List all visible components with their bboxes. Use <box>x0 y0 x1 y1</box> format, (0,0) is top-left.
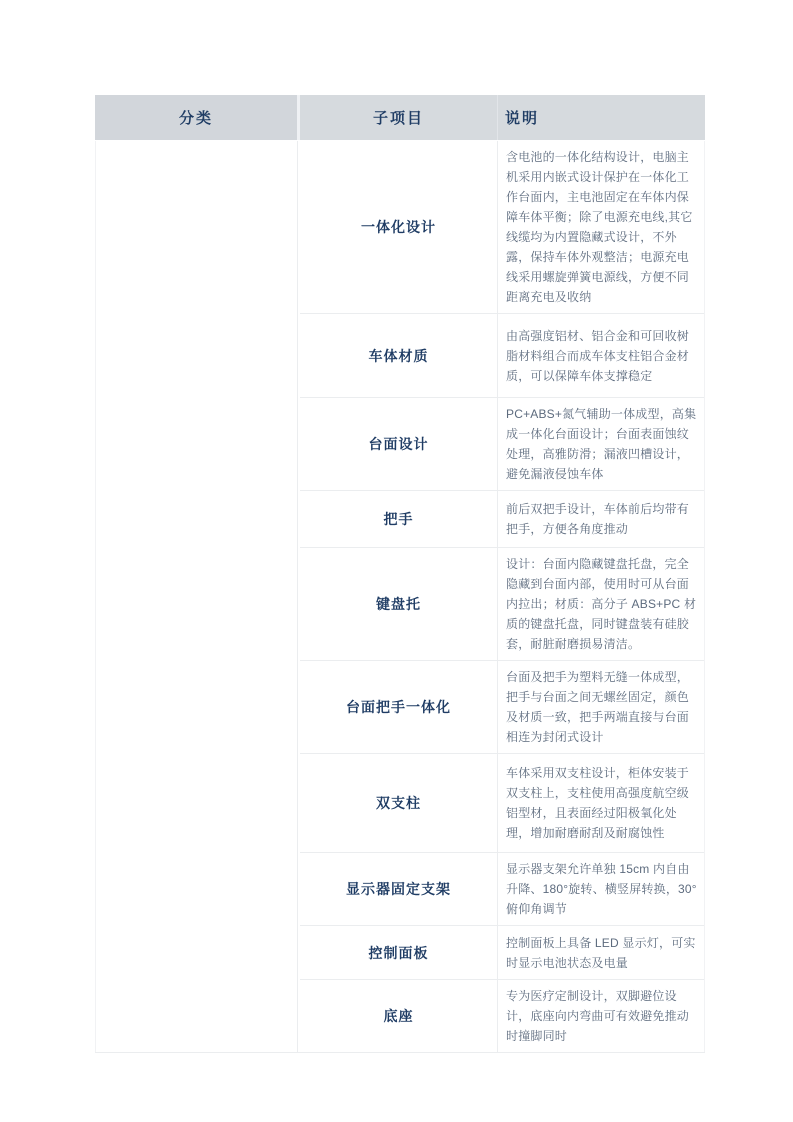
table-row: 一体化设计含电池的一体化结构设计，电脑主机采用内嵌式设计保护在一体化工作台面内，… <box>300 141 704 314</box>
description-cell: 设计：台面内隐藏键盘托盘，完全隐藏到台面内部，使用时可从台面内拉出；材质：高分子… <box>497 548 704 660</box>
table-row: 控制面板控制面板上具备 LED 显示灯，可实时显示电池状态及电量 <box>300 926 704 980</box>
subitem-cell: 控制面板 <box>300 926 497 979</box>
description-cell: 显示器支架允许单独 15cm 内自由升降、180°旋转、横竖屏转换，30°俯仰角… <box>497 853 704 925</box>
table-row: 底座专为医疗定制设计，双脚避位设计，底座向内弯曲可有效避免推动时撞脚同时 <box>300 980 704 1052</box>
subitem-cell: 键盘托 <box>300 548 497 660</box>
spec-table: 分类 子项目 说明 一体化设计含电池的一体化结构设计，电脑主机采用内嵌式设计保护… <box>95 95 705 1053</box>
header-category: 分类 <box>95 95 297 140</box>
subitem-cell: 把手 <box>300 491 497 547</box>
subitem-cell: 底座 <box>300 980 497 1052</box>
table-row: 显示器固定支架显示器支架允许单独 15cm 内自由升降、180°旋转、横竖屏转换… <box>300 853 704 926</box>
table-row: 键盘托设计：台面内隐藏键盘托盘，完全隐藏到台面内部，使用时可从台面内拉出；材质：… <box>300 548 704 661</box>
table-header-row: 分类 子项目 说明 <box>95 95 705 140</box>
subitem-cell: 一体化设计 <box>300 141 497 313</box>
subitem-cell: 台面设计 <box>300 398 497 490</box>
description-cell: 台面及把手为塑料无缝一体成型，把手与台面之间无螺丝固定，颜色及材质一致，把手两端… <box>497 661 704 753</box>
header-description: 说明 <box>497 95 705 140</box>
description-cell: 车体采用双支柱设计，柜体安装于双支柱上，支柱使用高强度航空级铝型材，且表面经过阳… <box>497 754 704 852</box>
spec-rows: 一体化设计含电池的一体化结构设计，电脑主机采用内嵌式设计保护在一体化工作台面内，… <box>300 141 705 1052</box>
header-subitem: 子项目 <box>300 95 497 140</box>
table-row: 台面设计PC+ABS+氮气辅助一体成型，高集成一体化台面设计；台面表面蚀纹处理，… <box>300 398 704 491</box>
table-row: 台面把手一体化台面及把手为塑料无缝一体成型，把手与台面之间无螺丝固定，颜色及材质… <box>300 661 704 754</box>
description-cell: 由高强度铝材、铝合金和可回收树脂材料组合而成车体支柱铝合金材质，可以保障车体支撑… <box>497 314 704 397</box>
subitem-cell: 双支柱 <box>300 754 497 852</box>
subitem-cell: 显示器固定支架 <box>300 853 497 925</box>
description-cell: 前后双把手设计，车体前后均带有把手，方便各角度推动 <box>497 491 704 547</box>
description-cell: PC+ABS+氮气辅助一体成型，高集成一体化台面设计；台面表面蚀纹处理，高雅防滑… <box>497 398 704 490</box>
subitem-cell: 车体材质 <box>300 314 497 397</box>
description-cell: 控制面板上具备 LED 显示灯，可实时显示电池状态及电量 <box>497 926 704 979</box>
category-cell <box>95 141 298 1052</box>
table-row: 双支柱车体采用双支柱设计，柜体安装于双支柱上，支柱使用高强度航空级铝型材，且表面… <box>300 754 704 853</box>
description-cell: 含电池的一体化结构设计，电脑主机采用内嵌式设计保护在一体化工作台面内，主电池固定… <box>497 141 704 313</box>
table-body: 一体化设计含电池的一体化结构设计，电脑主机采用内嵌式设计保护在一体化工作台面内，… <box>95 141 705 1053</box>
table-row: 把手前后双把手设计，车体前后均带有把手，方便各角度推动 <box>300 491 704 548</box>
subitem-cell: 台面把手一体化 <box>300 661 497 753</box>
description-cell: 专为医疗定制设计，双脚避位设计，底座向内弯曲可有效避免推动时撞脚同时 <box>497 980 704 1052</box>
table-row: 车体材质由高强度铝材、铝合金和可回收树脂材料组合而成车体支柱铝合金材质，可以保障… <box>300 314 704 398</box>
